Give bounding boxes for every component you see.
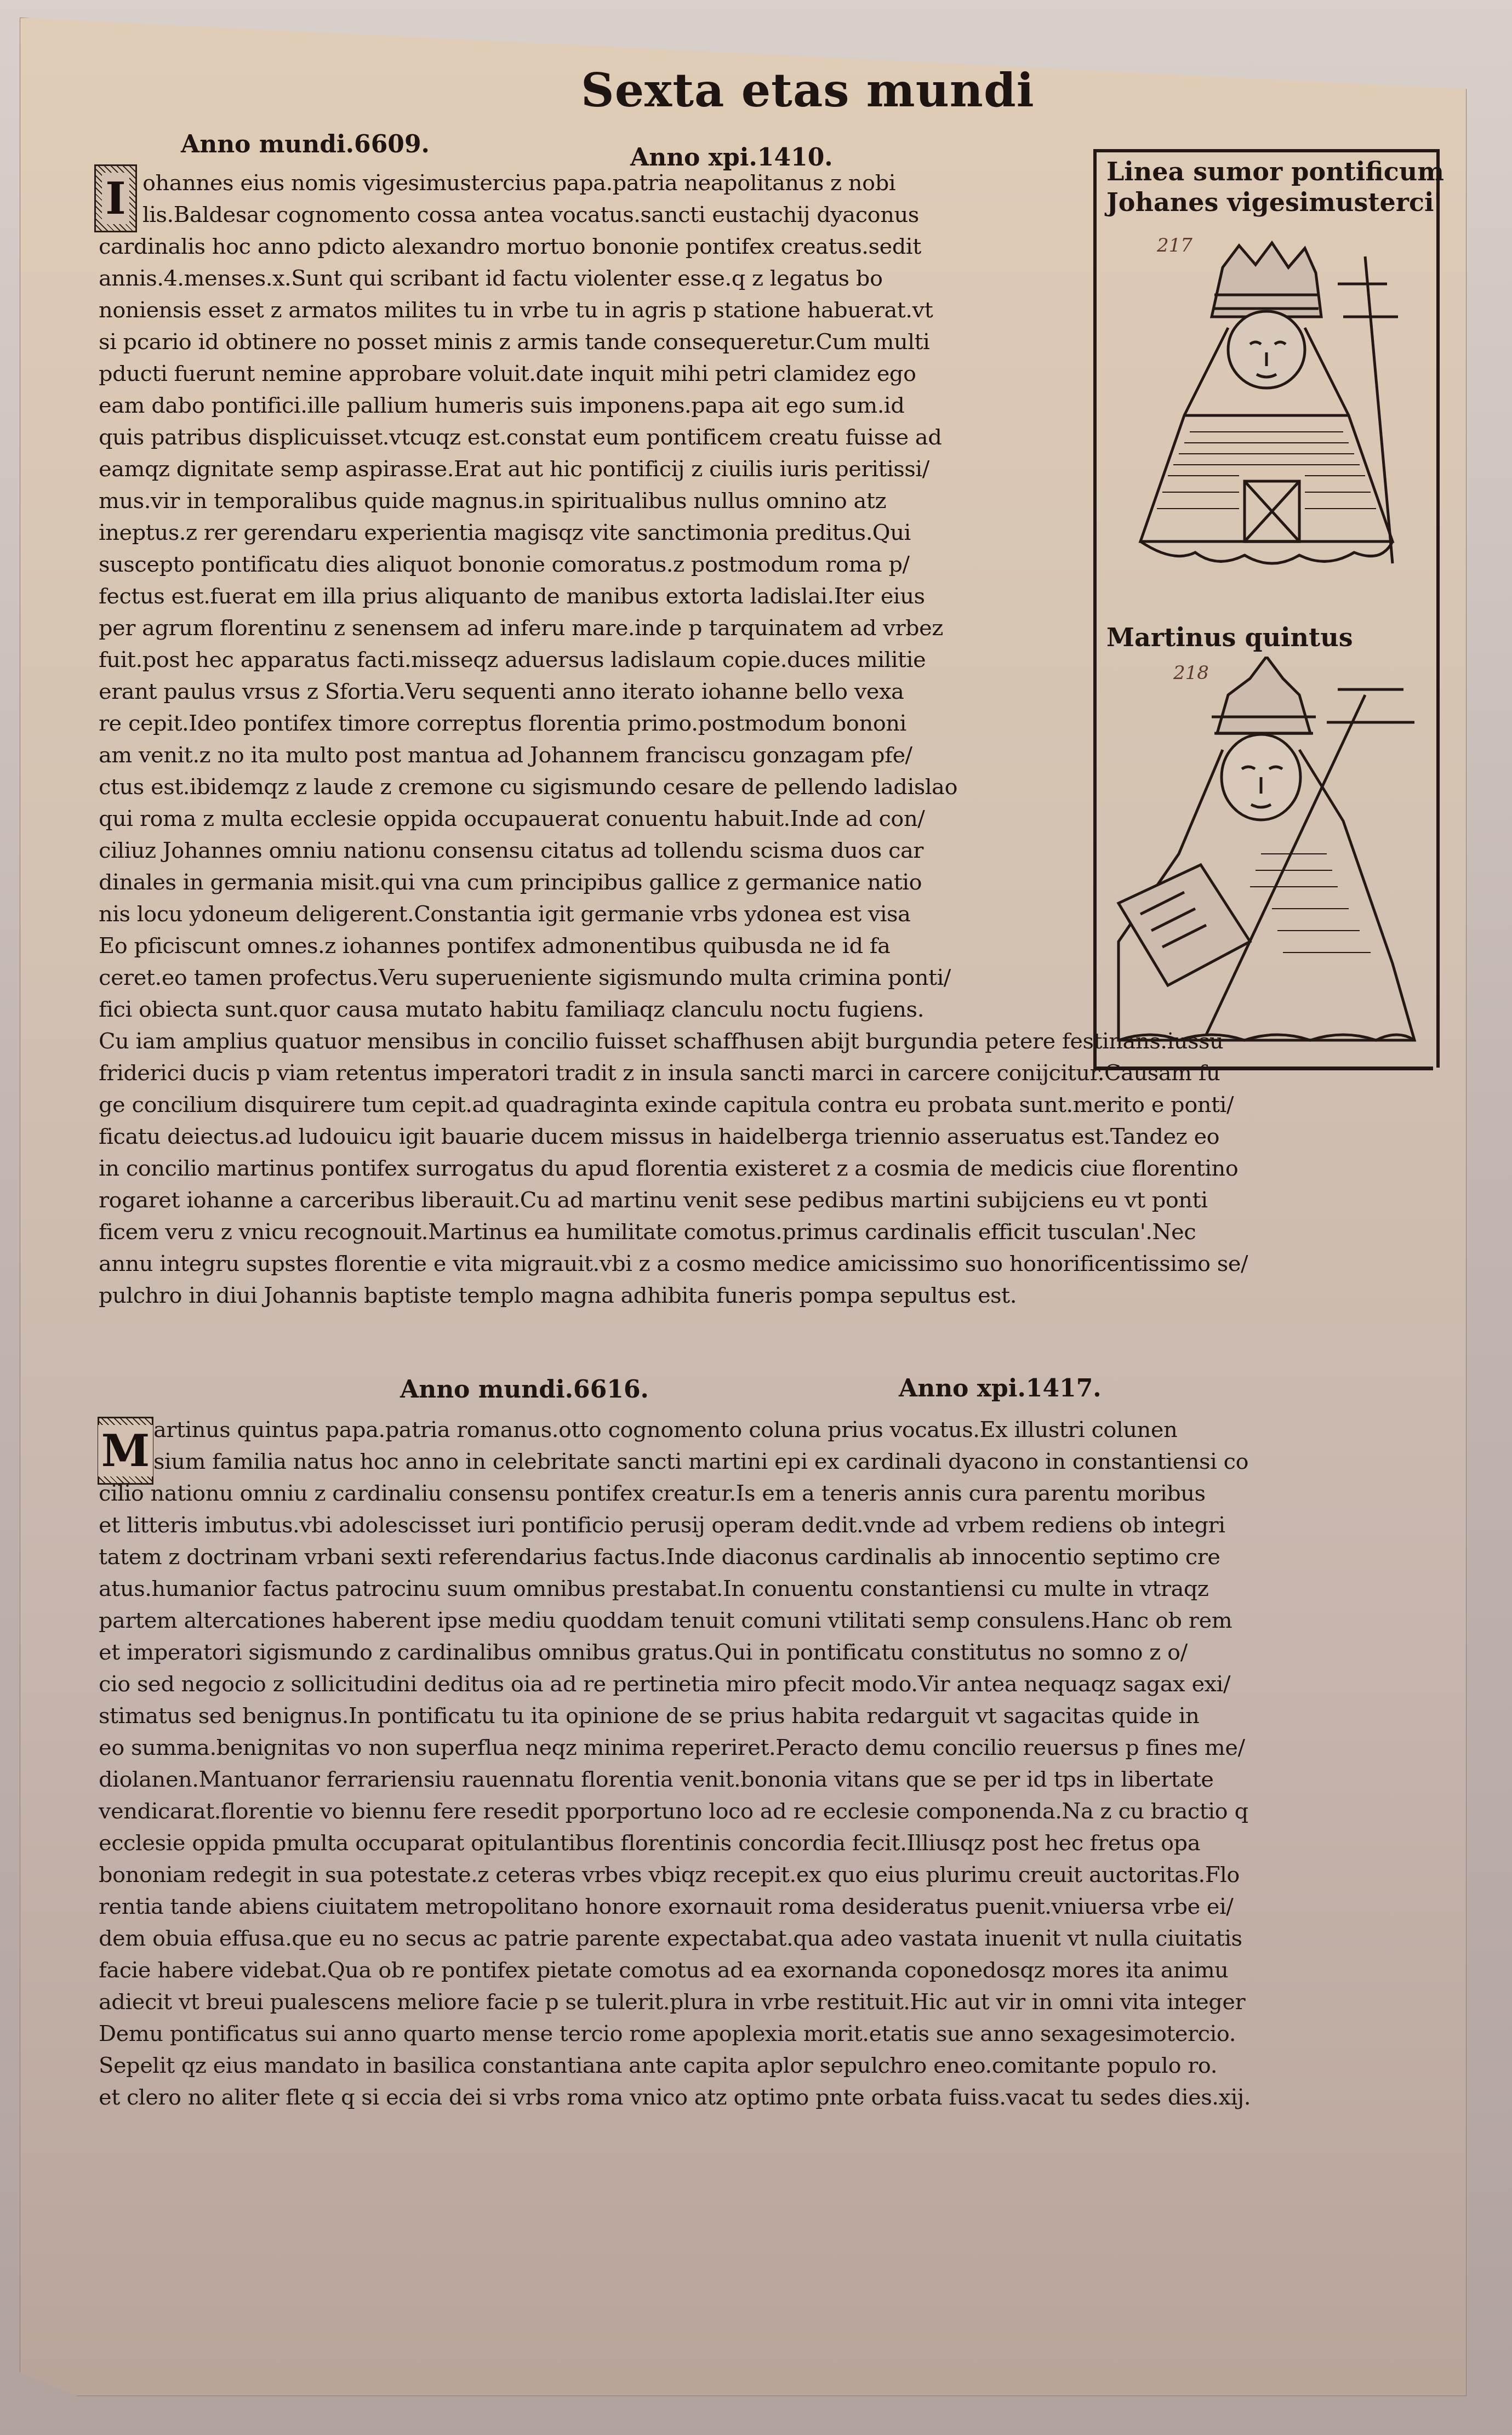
- text-line: mus.vir in temporalibus quide magnus.in …: [99, 485, 1248, 517]
- text-line: adiecit vt breui pualescens meliore faci…: [99, 1986, 1251, 2018]
- text-line: fectus est.fuerat em illa prius aliquant…: [99, 580, 1248, 612]
- text-line: eam dabo pontifici.ille pallium humeris …: [99, 390, 1248, 421]
- text-line: in concilio martinus pontifex surrogatus…: [99, 1153, 1248, 1184]
- entry2-text: artinus quintus papa.patria romanus.otto…: [99, 1414, 1251, 2113]
- text-line: Eo pficiscunt omnes.z iohannes pontifex …: [99, 930, 1248, 962]
- text-line: rentia tande abiens ciuitatem metropolit…: [99, 1891, 1251, 1923]
- text-line: et clero no aliter flete q si eccia dei …: [99, 2082, 1251, 2113]
- text-line: ctus est.ibidemqz z laude z cremone cu s…: [99, 771, 1248, 803]
- anno-mundi-1: Anno mundi.6609.: [181, 130, 430, 158]
- text-line: diolanen.Mantuanor ferrariensiu rauennat…: [99, 1764, 1251, 1795]
- text-line: pulchro in diui Johannis baptiste templo…: [99, 1280, 1248, 1311]
- text-line: lis.Baldesar cognomento cossa antea voca…: [99, 199, 1248, 231]
- text-line: am venit.z no ita multo post mantua ad J…: [99, 739, 1248, 771]
- anno-christi-2: Anno xpi.1417.: [899, 1375, 1102, 1402]
- text-line: ge concilium disquirere tum cepit.ad qua…: [99, 1089, 1248, 1121]
- portrait2-caption: Martinus quintus: [1106, 623, 1353, 652]
- text-line: sium familia natus hoc anno in celebrita…: [99, 1446, 1251, 1478]
- anno-mundi-2: Anno mundi.6616.: [400, 1376, 649, 1404]
- text-line: eamqz dignitate semp aspirasse.Erat aut …: [99, 453, 1248, 485]
- text-line: fici obiecta sunt.quor causa mutato habi…: [99, 994, 1248, 1025]
- text-line: et litteris imbutus.vbi adolescisset iur…: [99, 1509, 1251, 1541]
- running-head: Sexta etas mundi: [581, 63, 1035, 117]
- text-line: ficatu deiectus.ad ludouicu igit bauarie…: [99, 1121, 1248, 1153]
- text-line: nis locu ydoneum deligerent.Constantia i…: [99, 898, 1248, 930]
- text-line: Cu iam amplius quatuor mensibus in conci…: [99, 1025, 1248, 1057]
- text-line: eo summa.benignitas vo non superflua neq…: [99, 1732, 1251, 1764]
- text-line: et imperatori sigismundo z cardinalibus …: [99, 1636, 1251, 1668]
- text-line: ohannes eius nomis vigesimustercius papa…: [99, 167, 1248, 199]
- text-line: tatem z doctrinam vrbani sexti referenda…: [99, 1541, 1251, 1573]
- text-line: cio sed negocio z sollicitudini deditus …: [99, 1668, 1251, 1700]
- text-line: vendicarat.florentie vo biennu fere rese…: [99, 1795, 1251, 1827]
- text-line: rogaret iohanne a carceribus liberauit.C…: [99, 1184, 1248, 1216]
- pope-woodcut-portrait-icon: [1108, 235, 1425, 618]
- text-line: quis patribus displicuisset.vtcuqz est.c…: [99, 421, 1248, 453]
- text-line: erant paulus vrsus z Sfortia.Veru sequen…: [99, 676, 1248, 708]
- text-line: ceret.eo tamen profectus.Veru superuenie…: [99, 962, 1248, 994]
- text-line: atus.humanior factus patrocinu suum omni…: [99, 1573, 1251, 1605]
- text-line: annis.4.menses.x.Sunt qui scribant id fa…: [99, 263, 1248, 294]
- text-line: qui roma z multa ecclesie oppida occupau…: [99, 803, 1248, 835]
- text-line: artinus quintus papa.patria romanus.otto…: [99, 1414, 1251, 1446]
- lineage-title: Linea sumor pontificum: [1106, 157, 1444, 186]
- text-line: ciliuz Johannes omniu nationu consensu c…: [99, 835, 1248, 866]
- text-line: annu integru supstes florentie e vita mi…: [99, 1248, 1248, 1280]
- text-line: cilio nationu omniu z cardinaliu consens…: [99, 1478, 1251, 1509]
- panel-bottom-rule: [1093, 1067, 1433, 1070]
- text-line: dem obuia effusa.que eu no secus ac patr…: [99, 1923, 1251, 1954]
- text-line: noniensis esset z armatos milites tu in …: [99, 294, 1248, 326]
- text-line: ficem veru z vnicu recognouit.Martinus e…: [99, 1216, 1248, 1248]
- text-line: si pcario id obtinere no posset minis z …: [99, 326, 1248, 358]
- text-line: bononiam redegit in sua potestate.z cete…: [99, 1859, 1251, 1891]
- text-line: re cepit.Ideo pontifex timore correptus …: [99, 708, 1248, 739]
- text-line: stimatus sed benignus.In pontificatu tu …: [99, 1700, 1251, 1732]
- text-line: ecclesie oppida pmulta occuparat opitula…: [99, 1827, 1251, 1859]
- text-line: pducti fuerunt nemine approbare voluit.d…: [99, 358, 1248, 390]
- text-line: cardinalis hoc anno pdicto alexandro mor…: [99, 231, 1248, 263]
- text-line: suscepto pontificatu dies aliquot bononi…: [99, 549, 1248, 580]
- text-line: per agrum florentinu z senensem ad infer…: [99, 612, 1248, 644]
- text-line: fuit.post hec apparatus facti.misseqz ad…: [99, 644, 1248, 676]
- entry1-column-text: ohannes eius nomis vigesimustercius papa…: [99, 167, 1248, 1311]
- text-line: ineptus.z rer gerendaru experientia magi…: [99, 517, 1248, 549]
- pope-lineage-panel: Linea sumor pontificum Johanes vigesimus…: [1093, 149, 1440, 1068]
- text-line: Demu pontificatus sui anno quarto mense …: [99, 2018, 1251, 2050]
- pope-woodcut-portrait-icon: [1108, 657, 1425, 1051]
- text-line: Sepelit qz eius mandato in basilica cons…: [99, 2050, 1251, 2082]
- text-line: facie habere videbat.Qua ob re pontifex …: [99, 1954, 1251, 1986]
- text-line: dinales in germania misit.qui vna cum pr…: [99, 866, 1248, 898]
- text-line: friderici ducis p viam retentus imperato…: [99, 1057, 1248, 1089]
- text-line: partem altercationes haberent ipse mediu…: [99, 1605, 1251, 1636]
- portrait1-caption: Johanes vigesimusterci': [1106, 187, 1442, 217]
